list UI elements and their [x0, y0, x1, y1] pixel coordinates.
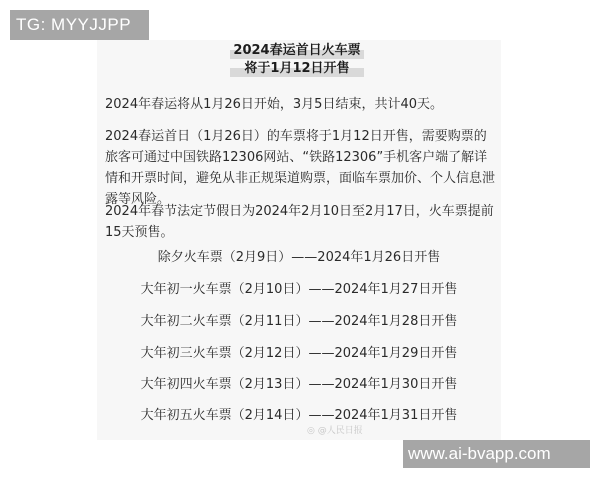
tg-watermark-badge: TG: MYYJJPP: [10, 10, 149, 40]
title-text-1: 2024春运首日火车票: [233, 43, 360, 58]
schedule-row-eve: 除夕火车票（2月9日）——2024年1月26日开售: [97, 249, 501, 267]
notice-card: 2024春运首日火车票 将于1月12日开售 2024年春运将从1月26日开始，3…: [97, 40, 501, 440]
schedule-row-day2: 大年初二火车票（2月11日）——2024年1月28日开售: [97, 313, 501, 331]
title-text-2: 将于1月12日开售: [244, 61, 349, 76]
notice-title-line-1: 2024春运首日火车票: [230, 42, 364, 60]
watermark-text: @人民日报: [318, 426, 363, 436]
weibo-icon: ◎: [307, 426, 315, 436]
site-watermark-badge: www.ai-bvapp.com: [403, 440, 590, 468]
schedule-row-day5: 大年初五火车票（2月14日）——2024年1月31日开售: [97, 407, 501, 425]
paragraph-duration: 2024年春运将从1月26日开始，3月5日结束，共计40天。: [105, 94, 497, 115]
schedule-row-day1: 大年初一火车票（2月10日）——2024年1月27日开售: [97, 281, 501, 299]
weibo-watermark: ◎ @人民日报: [307, 423, 363, 436]
schedule-row-day3: 大年初三火车票（2月12日）——2024年1月29日开售: [97, 345, 501, 363]
notice-title-line-2: 将于1月12日开售: [230, 60, 364, 78]
paragraph-holiday: 2024年春节法定节假日为2024年2月10日至2月17日，火车票提前15天预售…: [105, 201, 497, 243]
schedule-row-day4: 大年初四火车票（2月13日）——2024年1月30日开售: [97, 376, 501, 394]
paragraph-first-day: 2024春运首日（1月26日）的车票将于1月12日开售，需要购票的旅客可通过中国…: [105, 126, 497, 210]
